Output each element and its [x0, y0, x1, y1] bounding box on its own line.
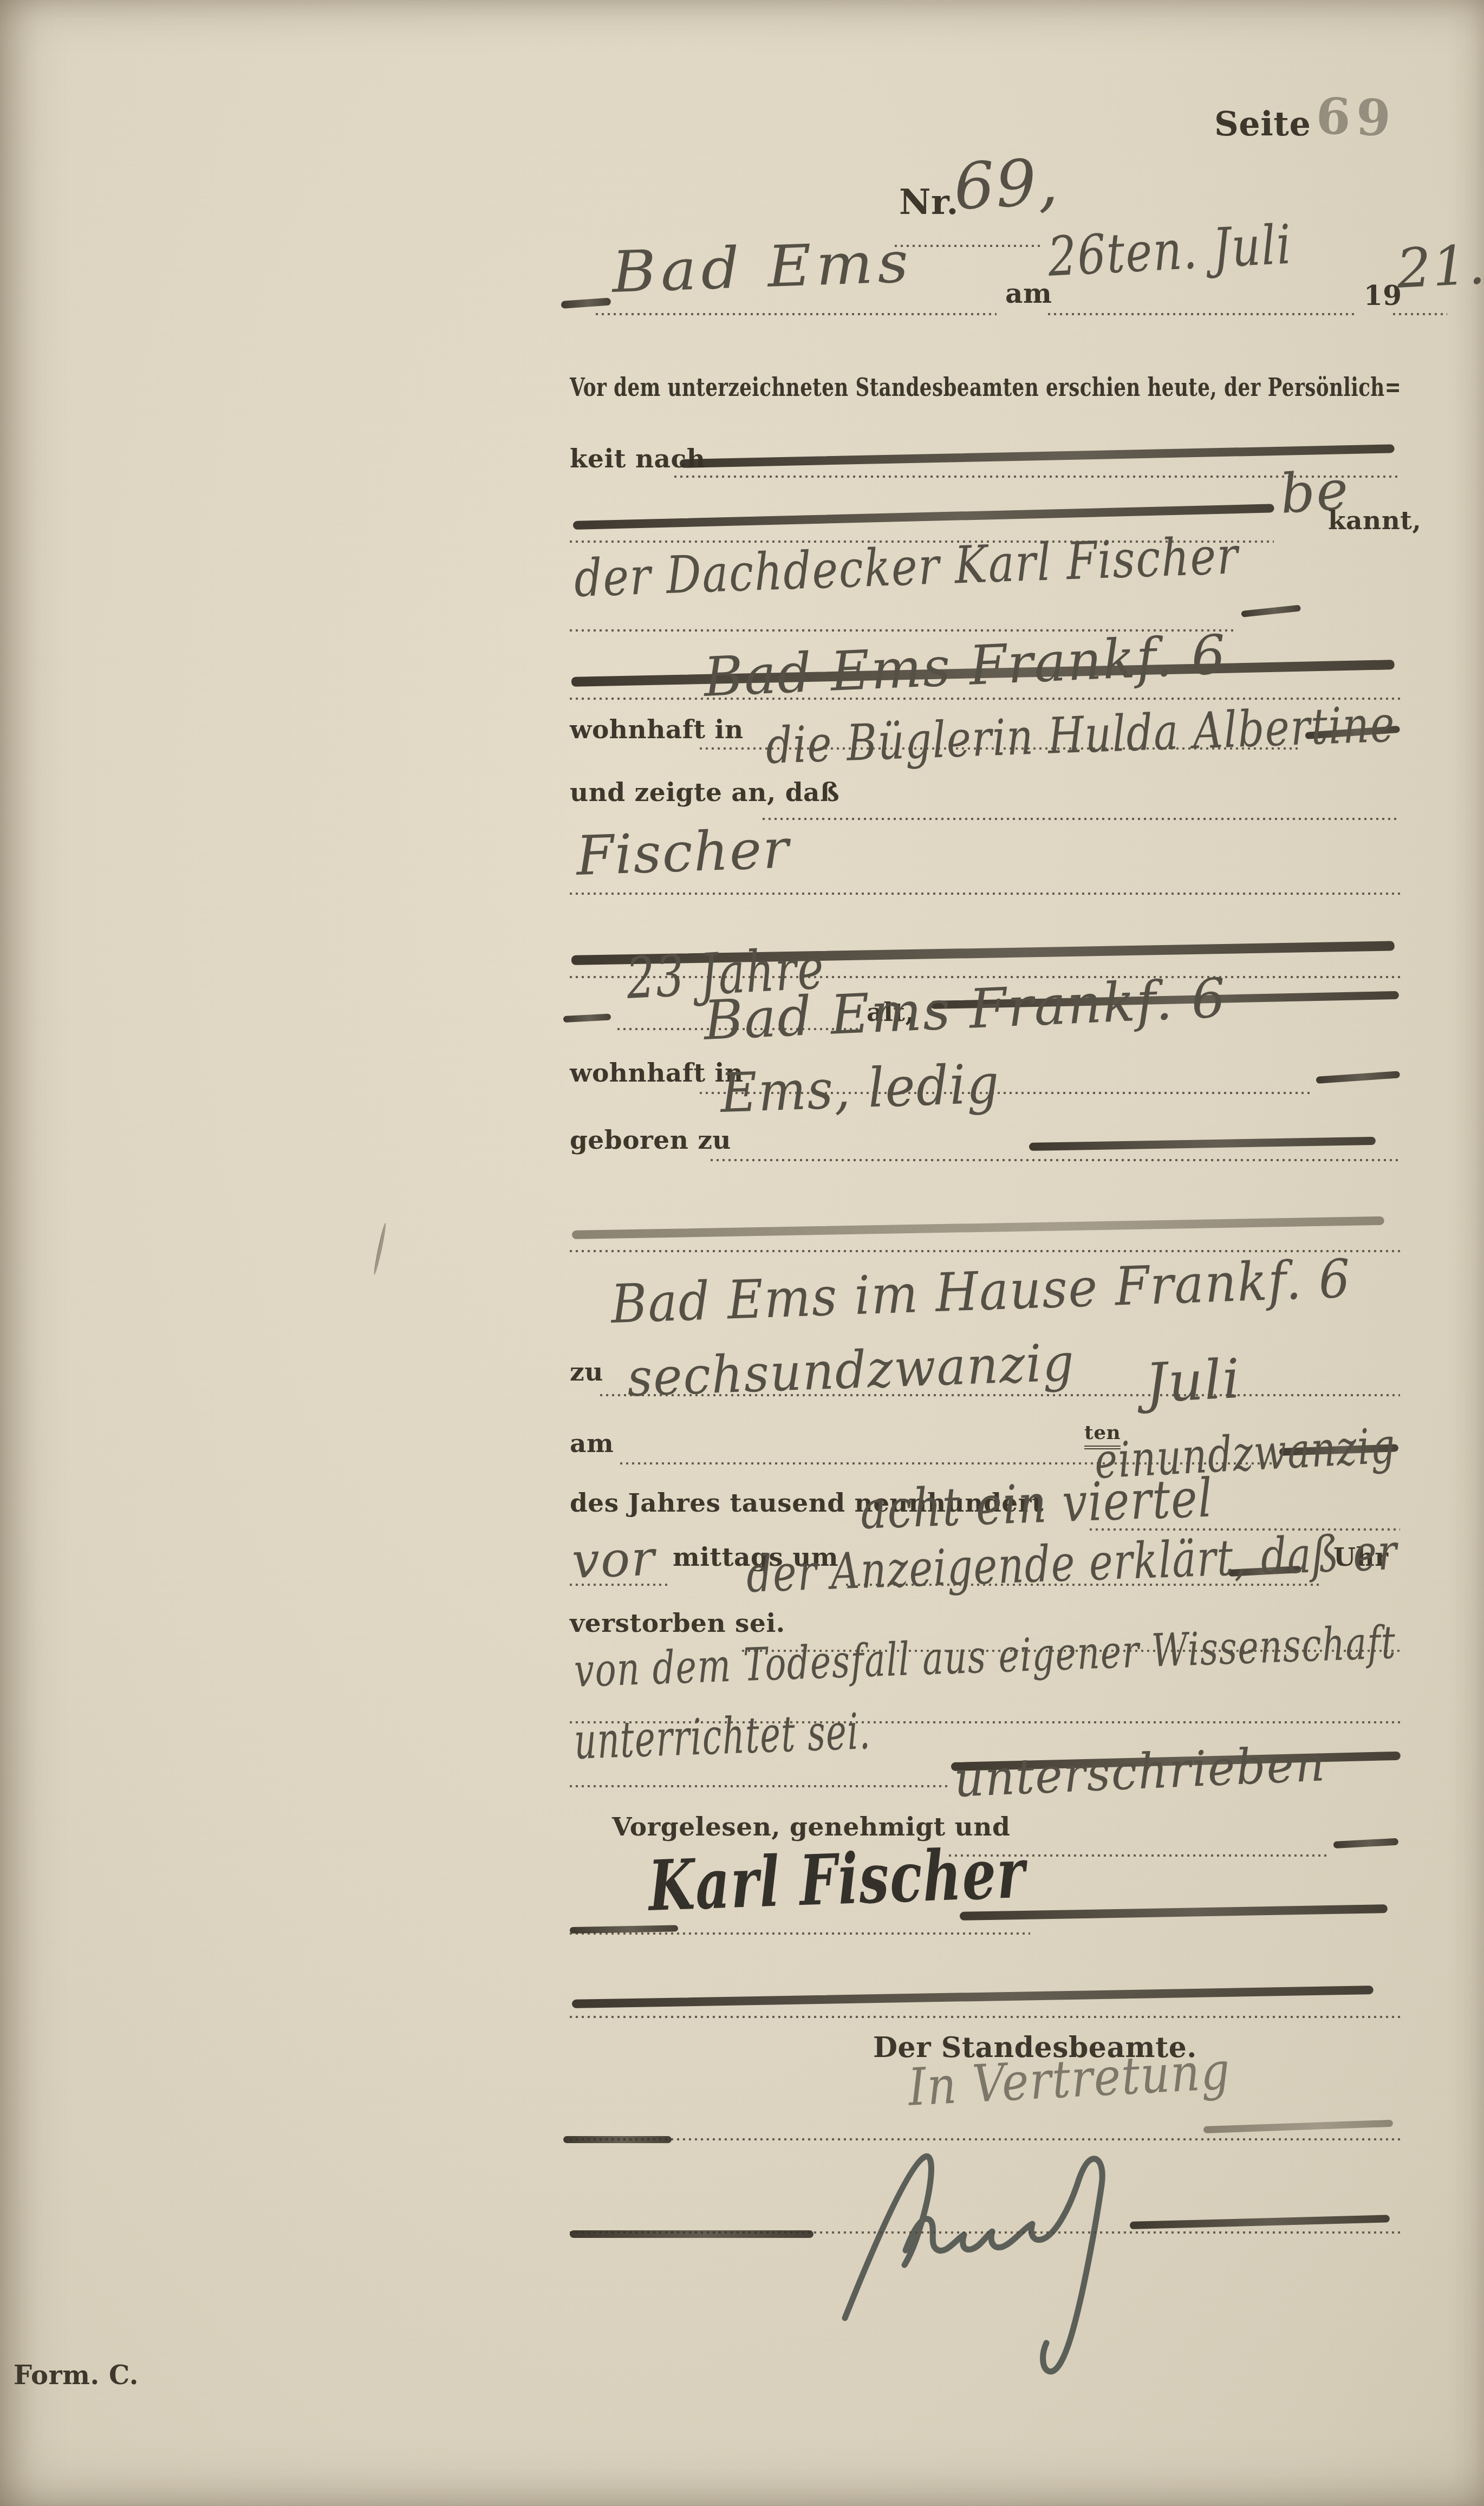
birth-handwritten: Ems, ledig: [719, 1052, 1001, 1125]
ink-stroke: [563, 2136, 672, 2143]
zeigte-label: und zeigte an, daß: [570, 778, 839, 808]
nr-label: Nr.: [899, 182, 959, 223]
registrar-signature-scrawl: [829, 2139, 1240, 2394]
kannt-label: kannt,: [1328, 506, 1421, 536]
dotted-line: [570, 1584, 667, 1586]
place-handwritten: Bad Ems: [611, 229, 914, 305]
date-handwritten: 26ten. Juli: [1046, 213, 1293, 289]
ink-stroke: [572, 1216, 1384, 1239]
residence-1-handwritten: Bad Ems Frankf. 6: [702, 623, 1228, 709]
ink-stroke: [1333, 1838, 1399, 1848]
seite-label: Seite: [1214, 104, 1311, 144]
geboren-label: geboren zu: [570, 1125, 731, 1155]
nr-value-handwritten: 69,: [952, 144, 1061, 224]
am2-label: am: [570, 1429, 614, 1459]
dotted-line: [1048, 313, 1357, 315]
year-handwritten: 21.: [1395, 233, 1484, 301]
death-month-handwritten: Juli: [1144, 1347, 1242, 1415]
zu-label: zu: [570, 1357, 603, 1387]
unterschrieben-handwritten: unterschrieben: [953, 1735, 1326, 1808]
death-register-page: Seite 69 Nr. 69, Bad Ems am 26ten. Juli …: [0, 0, 1484, 2506]
dotted-line: [570, 1932, 1030, 1935]
informant-handwritten: der Dachdecker Karl Fischer: [573, 526, 1240, 609]
deceased-line-2-handwritten: Fischer: [575, 817, 791, 888]
ink-stroke: [561, 298, 611, 309]
ink-stroke: [1316, 1071, 1401, 1084]
dotted-line: [895, 245, 1041, 247]
intro-line: Vor dem unterzeichneten Standesbeamten e…: [570, 373, 1401, 402]
dotted-line: [596, 313, 997, 315]
dotted-line: [570, 893, 1400, 895]
ink-stroke: [570, 2230, 813, 2238]
statement-line-3-handwritten: unterrichtet sei.: [573, 1702, 871, 1771]
ink-stroke: [1203, 2120, 1393, 2133]
time-handwritten: acht ein viertel: [859, 1467, 1214, 1541]
death-day-handwritten: sechsundzwanzig: [626, 1333, 1076, 1408]
am-label: am: [1005, 277, 1052, 309]
dotted-line: [711, 1159, 1400, 1161]
dotted-line: [763, 818, 1400, 820]
ink-stroke: [573, 504, 1274, 530]
death-place-handwritten: Bad Ems im Hause Frankf. 6: [610, 1248, 1352, 1336]
ink-stroke: [1029, 1137, 1376, 1151]
vor-handwritten: vor: [571, 1530, 656, 1590]
deceased-line-1-handwritten: die Büglerin Hulda Albertine: [765, 695, 1396, 775]
ink-stroke: [572, 1986, 1374, 2008]
ink-stroke: [563, 1013, 611, 1023]
dotted-line: [570, 2016, 1400, 2018]
dotted-line: [1393, 313, 1447, 315]
year-printed-label: 19: [1364, 279, 1402, 311]
page-number-stamp: 69: [1315, 87, 1397, 148]
statement-line-1-handwritten: der Anzeigende erklärt, daß er: [745, 1523, 1398, 1604]
margin-pen-mark: [373, 1222, 387, 1275]
wohnhaft-label-1: wohnhaft in: [570, 715, 744, 745]
ink-stroke: [1241, 605, 1301, 617]
verstorben-label: verstorben sei.: [570, 1609, 785, 1638]
dotted-line: [570, 1785, 949, 1787]
wohnhaft-label-2: wohnhaft in: [570, 1058, 744, 1088]
form-label: Form. C.: [14, 2360, 139, 2391]
